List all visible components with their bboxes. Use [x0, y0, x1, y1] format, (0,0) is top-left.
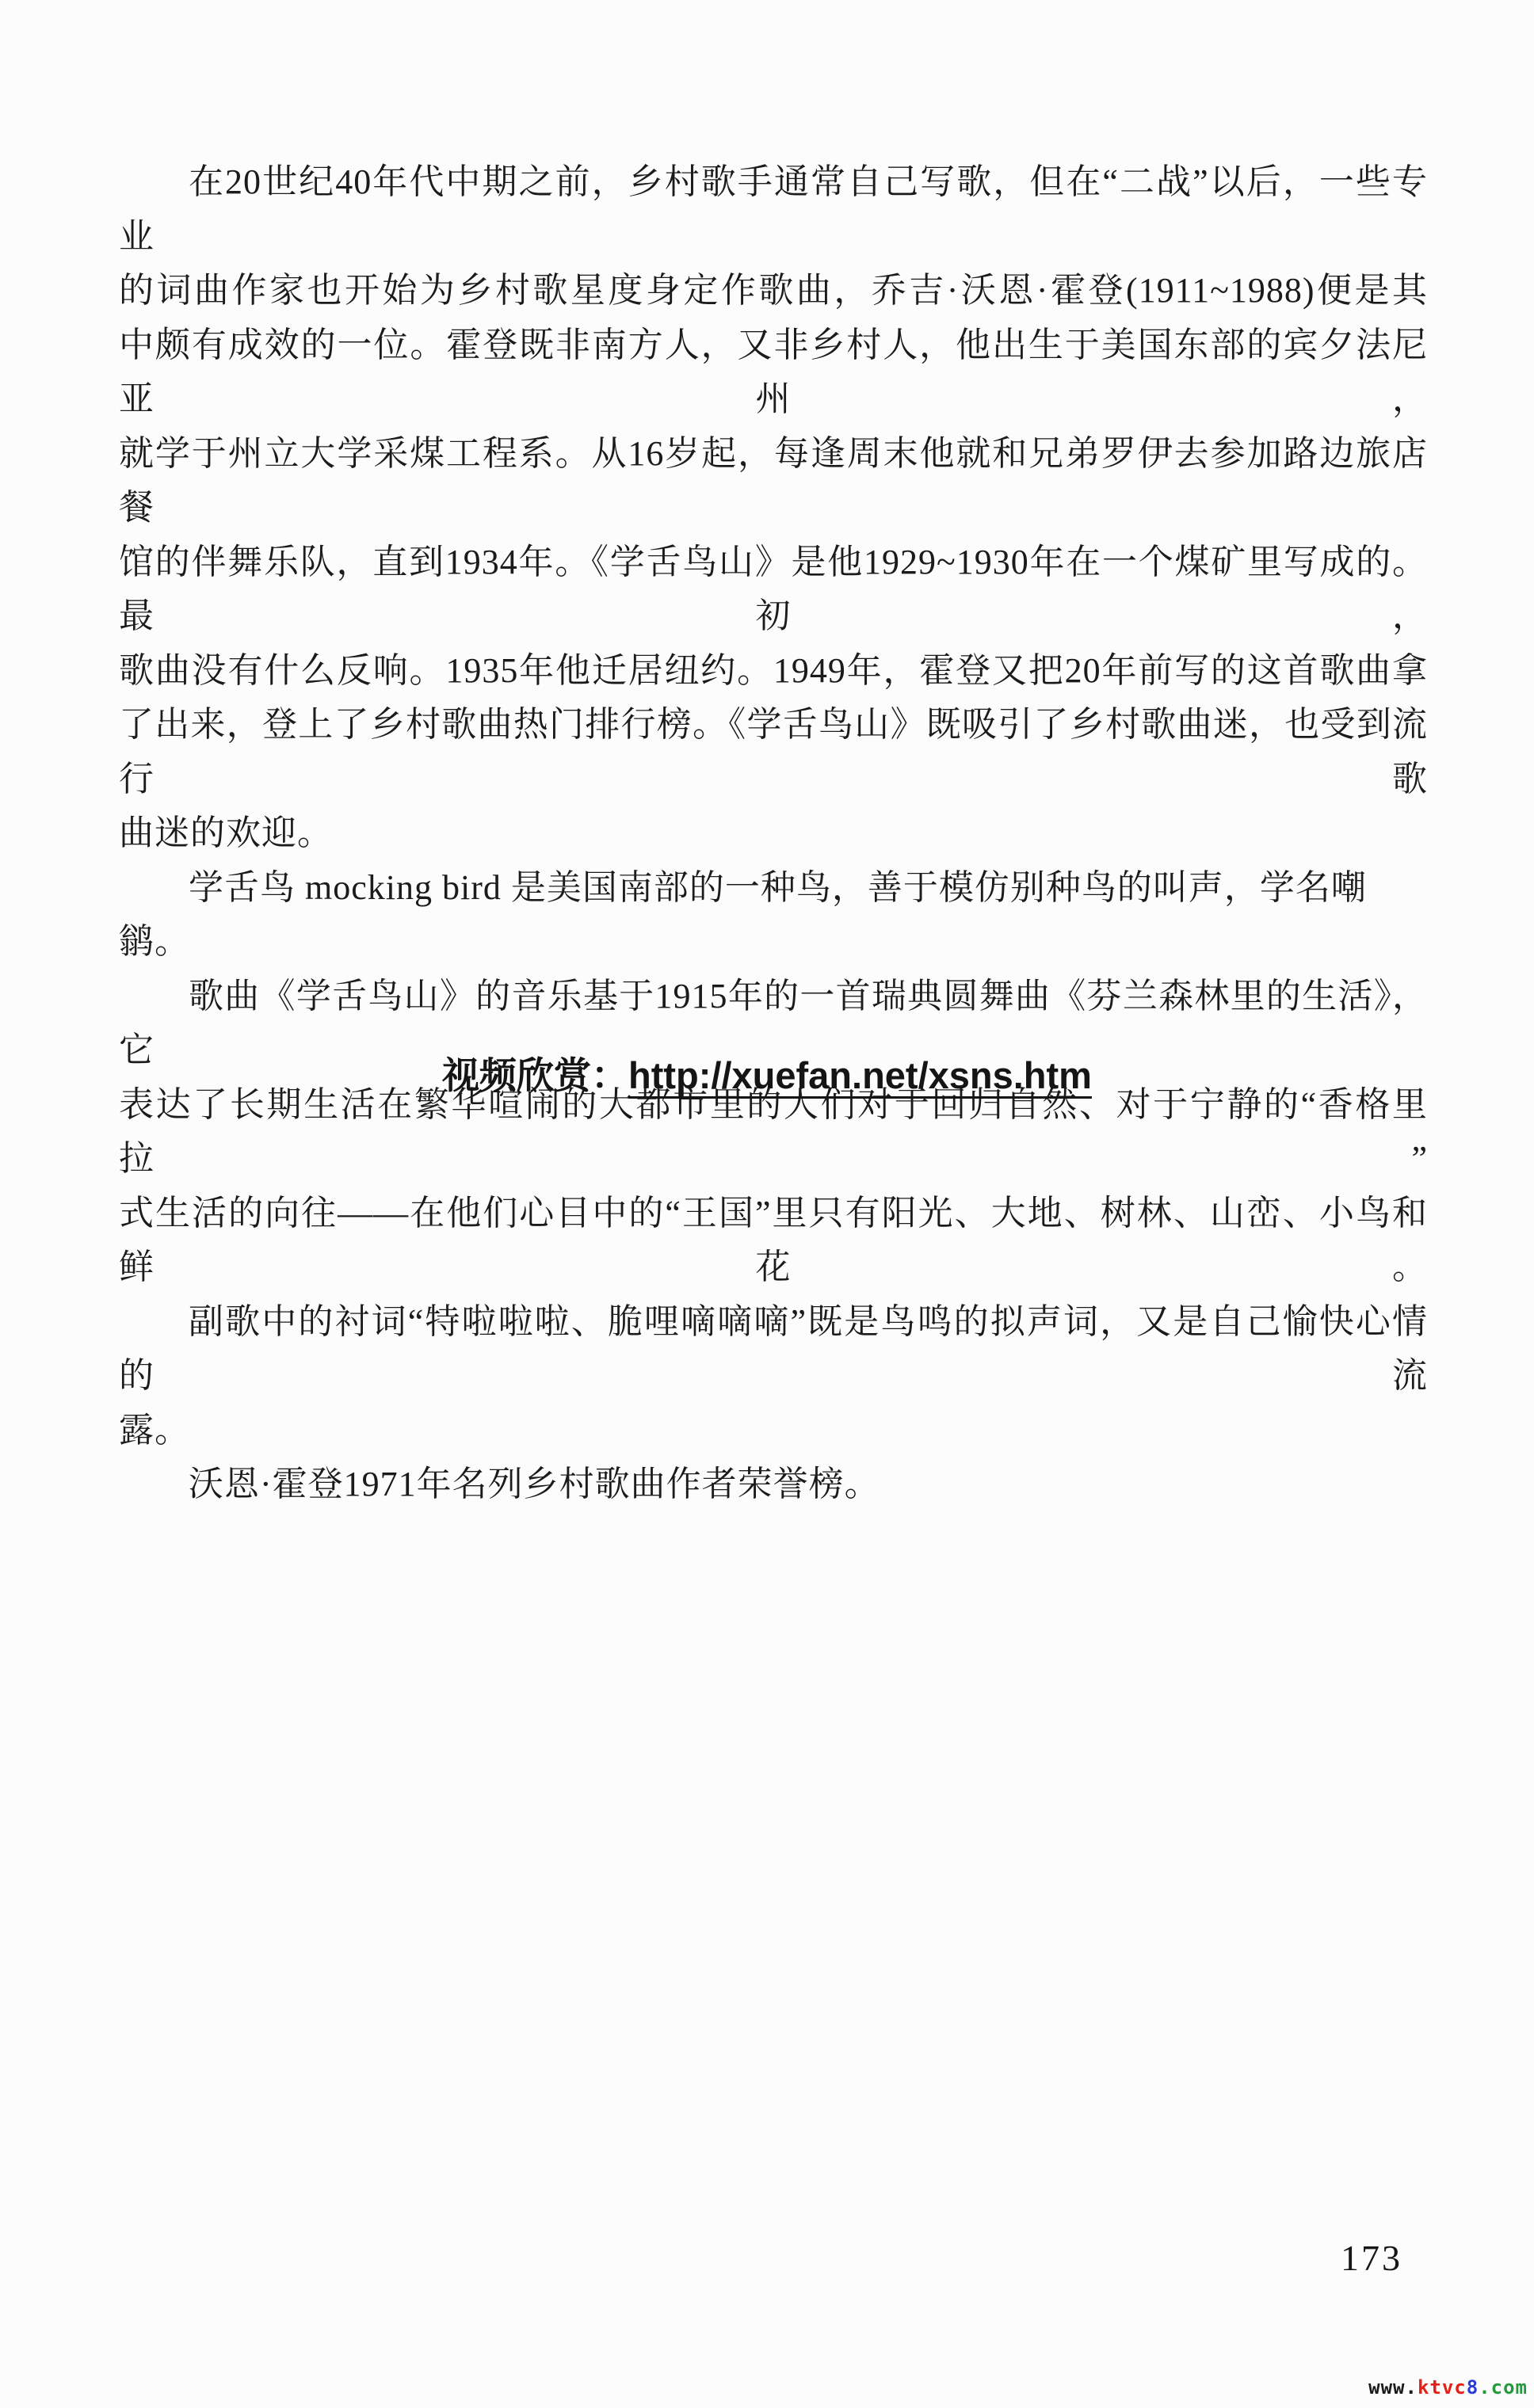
body-text: 在20世纪40年代中期之前，乡村歌手通常自己写歌，但在“二战”以后，一些专业 的… — [119, 155, 1428, 1512]
text-line: 歌曲没有什么反响。1935年他迁居纽约。1949年，霍登又把20年前写的这首歌曲… — [119, 644, 1428, 699]
video-url-link[interactable]: http://xuefan.net/xsns.htm — [628, 1054, 1092, 1096]
watermark-segment: .com — [1479, 2376, 1528, 2398]
document-page: 在20世纪40年代中期之前，乡村歌手通常自己写歌，但在“二战”以后，一些专业 的… — [0, 0, 1534, 2408]
text-line: 曲迷的欢迎。 — [119, 806, 1428, 861]
watermark: www.KTVC8.com — [1368, 2376, 1528, 2398]
text-line: 了出来，登上了乡村歌曲热门排行榜。《学舌鸟山》既吸引了乡村歌曲迷，也受到流行歌 — [119, 698, 1428, 806]
text-line: 中颇有成效的一位。霍登既非南方人，又非乡村人，他出生于美国东部的宾夕法尼亚州， — [119, 318, 1428, 427]
text-line: 在20世纪40年代中期之前，乡村歌手通常自己写歌，但在“二战”以后，一些专业 — [119, 155, 1428, 264]
text-line: 的词曲作家也开始为乡村歌星度身定作歌曲，乔吉·沃恩·霍登(1911~1988)便… — [119, 264, 1428, 318]
watermark-segment: KTVC — [1418, 2376, 1467, 2398]
watermark-segment: www. — [1368, 2376, 1418, 2398]
watermark-segment: 8 — [1467, 2376, 1479, 2398]
video-link-row: 视频欣赏：http://xuefan.net/xsns.htm — [0, 1050, 1534, 1102]
video-label: 视频欣赏： — [442, 1054, 628, 1096]
text-line: 式生活的向往——在他们心目中的“王国”里只有阳光、大地、树林、山峦、小鸟和鲜花。 — [119, 1187, 1428, 1295]
text-line: 露。 — [119, 1404, 1428, 1458]
text-line: 沃恩·霍登1971年名列乡村歌曲作者荣誉榜。 — [119, 1457, 1428, 1512]
text-line: 馆的伴舞乐队，直到1934年。《学舌鸟山》是他1929~1930年在一个煤矿里写… — [119, 535, 1428, 644]
page-number: 173 — [1341, 2237, 1402, 2279]
text-line: 副歌中的衬词“特啦啦啦、脆哩嘀嘀嘀”既是鸟鸣的拟声词，又是自己愉快心情的流 — [119, 1295, 1428, 1404]
text-line: 学舌鸟 mocking bird 是美国南部的一种鸟，善于模仿别种鸟的叫声，学名… — [119, 861, 1428, 970]
text-line: 就学于州立大学采煤工程系。从16岁起，每逢周末他就和兄弟罗伊去参加路边旅店餐 — [119, 427, 1428, 535]
